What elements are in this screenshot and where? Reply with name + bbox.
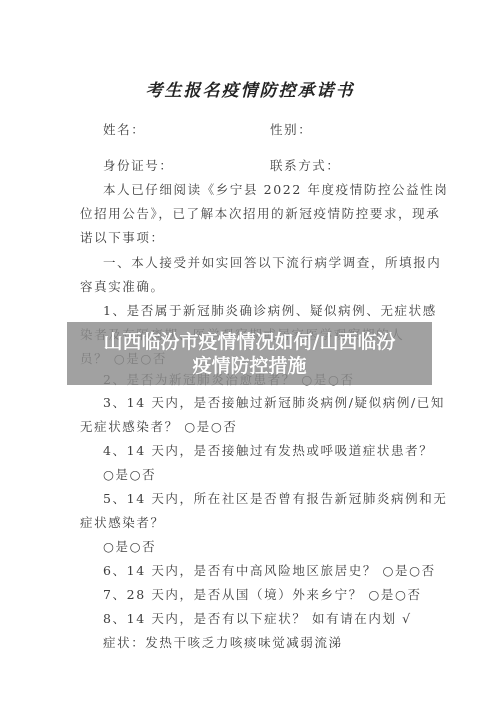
id-number-label: 身份证号： <box>103 156 174 174</box>
contact-label: 联系方式： <box>270 156 341 174</box>
question-8-line: 8、14 天内，是否有以下症状？ 如有请在内划 √ <box>103 609 412 627</box>
question-5-line: ○是○否 <box>103 537 156 555</box>
section1-line: 容真实准确。 <box>80 277 165 295</box>
question-4-line: 4、14 天内，是否接触过有发热或呼吸道症状患者？ <box>103 441 433 459</box>
symptoms-line: 症状：发热干咳乏力咳痰味觉减弱流涕 <box>103 633 343 651</box>
intro-line: 诺以下事项： <box>80 228 165 246</box>
question-4-line: ○是○否 <box>103 465 156 483</box>
intro-line: 位招用公告》，已了解本次招用的新冠疫情防控要求，现承 <box>80 204 440 222</box>
headline-line-2: 疫情防控措施 <box>192 354 306 378</box>
headline-banner-text: 山西临汾市疫情情况如何/山西临汾 疫情防控措施 <box>67 322 432 385</box>
question-5-line: 5、14 天内，所在社区是否曾有报告新冠肺炎病例和无 <box>103 489 447 507</box>
intro-line: 本人已仔细阅读《乡宁县 2022 年度疫情防控公益性岗 <box>103 180 448 198</box>
section1-line: 一、本人接受并如实回答以下流行病学调查，所填报内 <box>103 253 441 271</box>
document-title: 考生报名疫情防控承诺书 <box>0 76 500 101</box>
name-label: 姓名： <box>103 120 145 138</box>
question-3-line: 3、14 天内，是否接触过新冠肺炎病例/疑似病例/已知 <box>103 393 445 411</box>
question-6-line: 6、14 天内，是否有中高风险地区旅居史？ ○是○否 <box>103 561 436 579</box>
question-5-line: 症状感染者？ <box>80 513 165 531</box>
question-3-line: 无症状感染者？ ○是○否 <box>80 417 238 435</box>
question-7-line: 7、28 天内，是否从国（境）外来乡宁？ ○是○否 <box>103 585 422 603</box>
gender-label: 性别： <box>270 120 312 138</box>
question-1-line: 1、是否属于新冠肺炎确诊病例、疑似病例、无症状感 <box>103 301 437 319</box>
headline-line-1: 山西临汾市疫情情况如何/山西临汾 <box>104 330 396 354</box>
